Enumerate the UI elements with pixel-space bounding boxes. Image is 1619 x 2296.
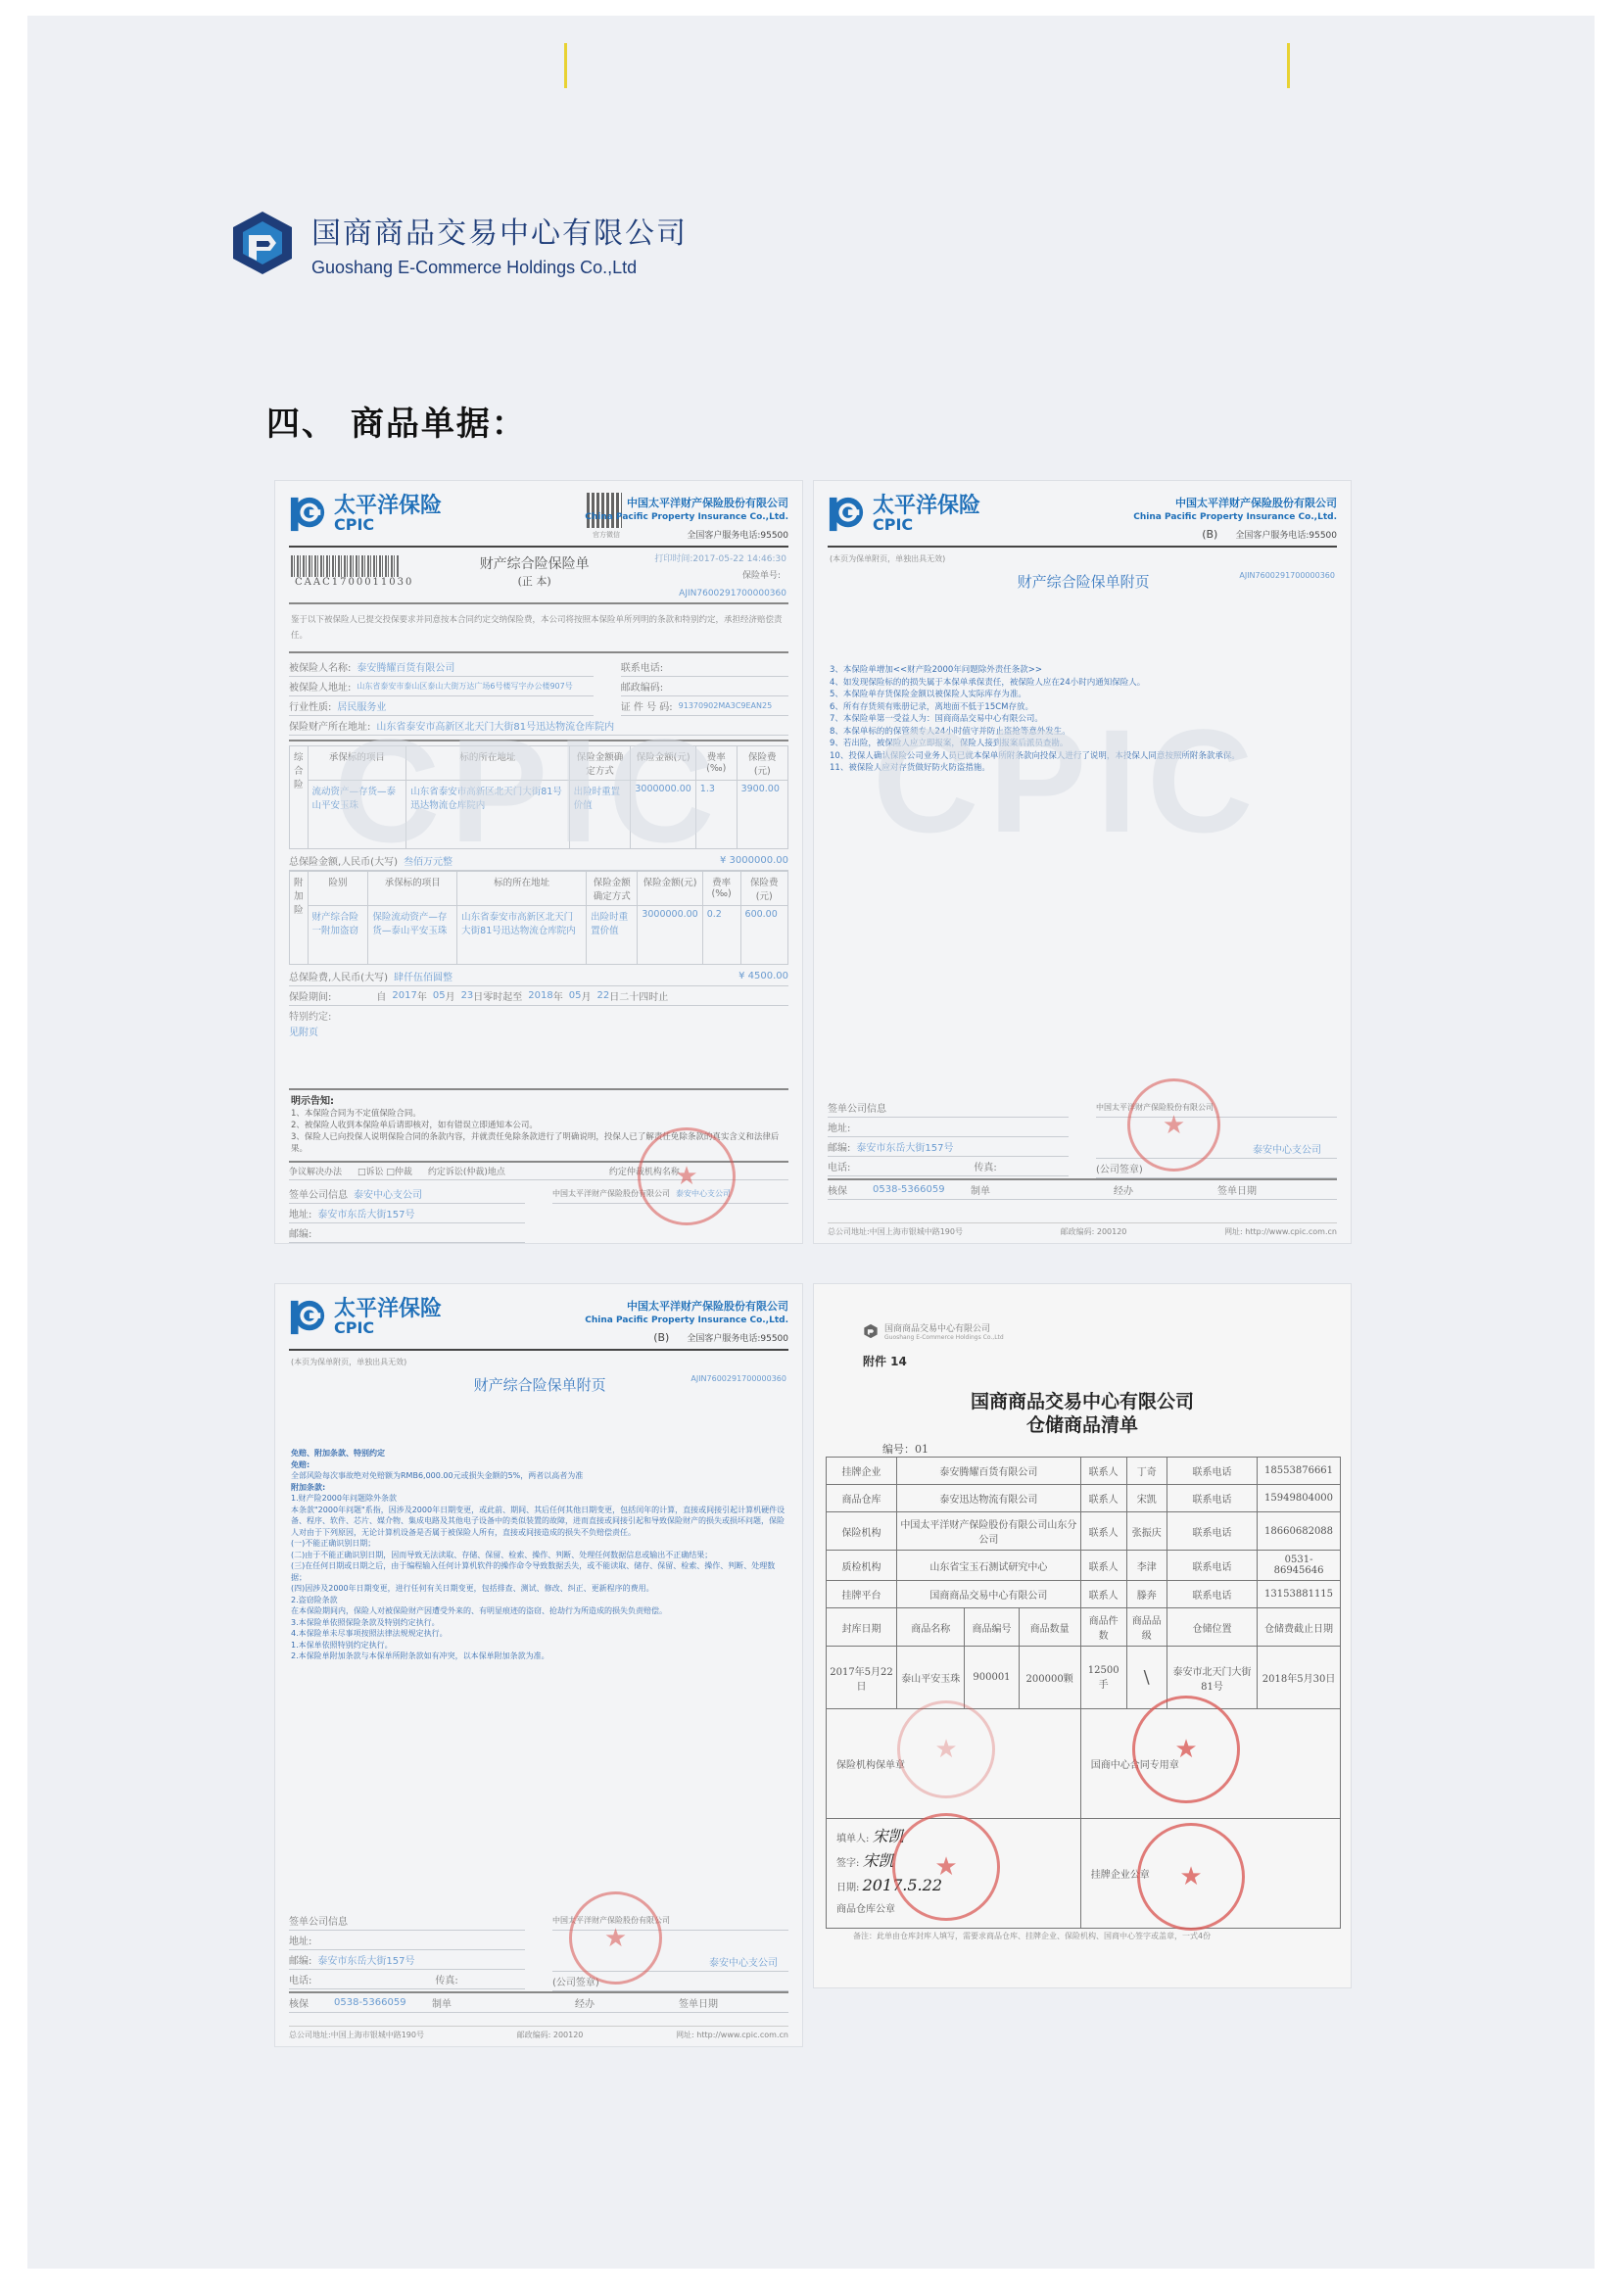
company-name-cn: 中国太平洋财产保险股份有限公司 [585,495,788,510]
table-row: 2017年5月22日 泰山平安玉珠 900001 200000颗 12500手 … [827,1647,1341,1709]
field-label: 被保险人名称: [289,659,351,674]
policy-rider-page-2: 太平洋保险 CPIC 中国太平洋财产保险股份有限公司 China Pacific… [274,1283,803,2047]
goods-header-row: 封库日期 商品名称 商品编号 商品数量 商品件数 商品品级 仓储位置 仓储费截止… [827,1608,1341,1647]
table-row: 商品仓库 泰安迅达物流有限公司 联系人 宋凯 联系电话 15949804000 [827,1485,1341,1512]
cpic-name-cn: 太平洋保险 [334,496,442,517]
listing-seal-stamp: ★ [1137,1823,1245,1931]
remark: 备注：此单由仓库封库人填写，需要求商品仓库、挂牌企业、保险机构、国商中心签字或盖… [853,1931,1211,1941]
attachment-label: 附件 14 [863,1353,907,1369]
field-label: 联系电话: [621,659,663,674]
warehouse-goods-list: 国商商品交易中心有限公司 Guoshang E-Commerce Holding… [813,1283,1352,1988]
insurance-policy-scan: CPIC 太平洋保险 CPIC 官方微信 中国太平洋财产保险股份有限公司 Chi… [274,480,803,1244]
section-title: 四、 商品单据： [266,397,527,445]
insurance-period: 保险期间: 自 2017年 05月 23 日零时起至 2018年 05月 22 … [289,986,788,1006]
cpic-name-en: CPIC [334,517,442,533]
company-seal-stamp: ★ [569,1891,662,1985]
list-number: 编号：01 [882,1441,929,1457]
field-label: 被保险人地址: [289,679,351,694]
policy-subtitle: (正 本) [480,573,590,589]
cpic-logo-icon [289,1298,326,1337]
table-row: 挂牌企业 泰安腾耀百货有限公司 联系人 丁奇 联系电话 18553876661 [827,1458,1341,1485]
special-terms: 见附页 [289,1026,788,1041]
rider-note: (本页为保单附页，单独出具无效) [814,548,1351,571]
table-row: 质检机构 山东省宝玉石测试研究中心 联系人 李津 联系电话 0531-86945… [827,1551,1341,1581]
hotline: 全国客户服务电话:95500 [585,528,788,541]
table-row: 财产综合险一附加盗窃 保险流动资产—存货—泰山平安玉珠 山东省泰安市高新区北天门… [290,906,788,965]
brand-name-cn: 国商商品交易中心有限公司 [311,209,688,252]
total-premium: ¥ 4500.00 [738,971,788,981]
cpic-logo-icon [289,495,326,534]
field-label: 行业性质: [289,698,331,713]
scan-mark [564,43,567,88]
scan-mark [1287,43,1290,88]
company-seal-stamp: ★ [1127,1078,1220,1172]
company-name-en: China Pacific Property Insurance Co.,Ltd… [585,512,788,522]
warehouse-seal-stamp: ★ [892,1813,1000,1921]
total-sum: ¥ 3000000.00 [720,855,788,866]
company-seal-stamp: ★ [638,1127,736,1225]
policy-rider-page-1: CPIC 太平洋保险 CPIC 中国太平洋财产保险股份有限公司 China Pa… [813,480,1352,1244]
brand-name-en: Guoshang E-Commerce Holdings Co.,Ltd [311,258,688,278]
guoshang-logo-icon [863,1323,879,1339]
barcode-icon [291,555,399,577]
policy-intro: 鉴于以下被保险人已提交投保要求并同意按本合同约定交纳保险费，本公司将按照本保险单… [275,608,802,647]
rider-policy-no: AJIN7600291700000360 [1239,571,1335,592]
brand-header: 国商商品交易中心有限公司 Guoshang E-Commerce Holding… [227,208,688,278]
center-seal-stamp: ★ [1132,1696,1240,1803]
rider-body: 免赔、附加条款、特别约定 免赔: 全部风险每次事故绝对免赔额为RMB6,000.… [275,1444,802,1666]
insurer-seal-stamp: ★ [897,1700,995,1798]
rider-footer: 总公司地址:中国上海市银城中路190号 邮政编码: 200120 网址: htt… [828,1222,1337,1237]
policy-number: AJIN7600291700000360 [654,589,786,598]
page-scan [27,16,1595,2269]
list-title: 国商商品交易中心有限公司 仓储商品清单 [814,1390,1351,1437]
insured-address: 山东省泰安市泰山区泰山大街万达广场6号楼写字办公楼907号 [357,681,572,692]
rider-title: 财产综合险保单附页 [1018,571,1150,592]
cpic-header: 太平洋保险 CPIC 官方微信 中国太平洋财产保险股份有限公司 China Pa… [289,489,788,548]
rider-title: 财产综合险保单附页 [474,1374,606,1395]
barcode-number: CAAC1700011030 [295,577,414,588]
field-label: 邮政编码: [621,679,663,694]
cpic-logo-icon [828,495,865,534]
table-row: 保险机构 中国太平洋财产保险股份有限公司山东分公司 联系人 张振庆 联系电话 1… [827,1512,1341,1551]
table-row: 挂牌平台 国商商品交易中心有限公司 联系人 滕奔 联系电话 1315388111… [827,1581,1341,1608]
additional-coverage-table: 附加险 险别 承保标的项目 标的所在地址 保险金额确定方式 保险金额(元) 费率… [289,871,788,965]
policy-no-label: 保险单号: [742,571,781,581]
total-premium-words: 肆仟伍佰圆整 [394,969,738,983]
guoshang-logo-icon [227,208,298,278]
handwritten-signature: 宋凯 [863,1851,894,1870]
insured-name: 泰安腾耀百货有限公司 [357,659,454,674]
policy-title: 财产综合险保险单 [480,553,590,573]
print-time: 打印时间:2017-05-22 14:46:30 [654,551,786,564]
cpic-watermark: CPIC [334,706,724,876]
